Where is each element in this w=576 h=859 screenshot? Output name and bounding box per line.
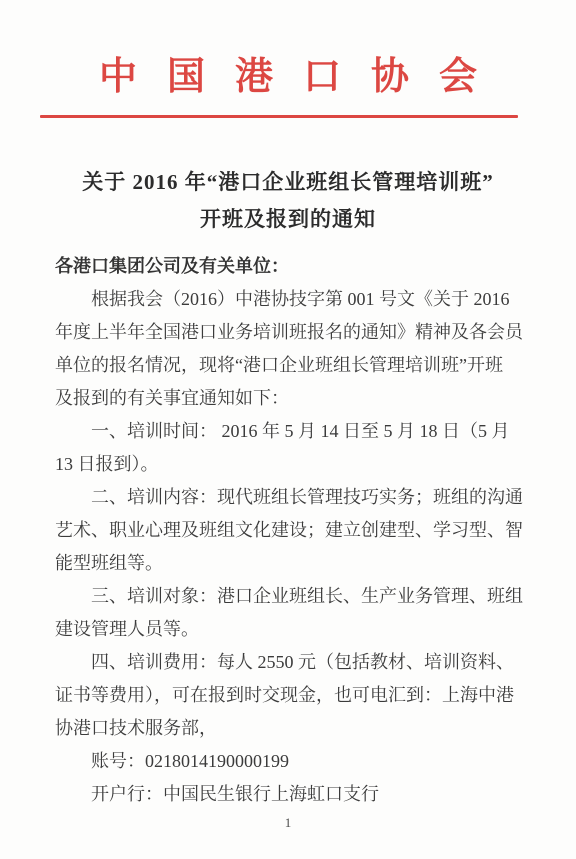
body-line: 艺术、职业心理及班组文化建设；建立创建型、学习型、智 (55, 514, 526, 547)
doc-body: 根据我会（2016）中港协技字第 001 号文《关于 2016年度上半年全国港口… (55, 283, 526, 811)
body-line: 根据我会（2016）中港协技字第 001 号文《关于 2016 (55, 283, 526, 316)
body-line: 三、培训对象：港口企业班组长、生产业务管理、班组 (55, 580, 526, 613)
header-divider-rule (40, 115, 518, 118)
document-page: 中国港口协会 关于 2016 年“港口企业班组长管理培训班” 开班及报到的通知 … (0, 0, 576, 859)
salutation: 各港口集团公司及有关单位： (55, 250, 521, 283)
doc-title-line1: 关于 2016 年“港口企业班组长管理培训班” (0, 164, 576, 201)
body-line: 协港口技术服务部， (55, 712, 526, 745)
doc-title: 关于 2016 年“港口企业班组长管理培训班” 开班及报到的通知 (0, 164, 576, 238)
doc-title-line2: 开班及报到的通知 (0, 201, 576, 238)
body-line: 一、培训时间： 2016 年 5 月 14 日至 5 月 18 日（5 月 (55, 415, 526, 448)
org-name-header: 中国港口协会 (0, 0, 576, 101)
body-line: 四、培训费用：每人 2550 元（包括教材、培训资料、 (55, 646, 526, 679)
body-line: 二、培训内容：现代班组长管理技巧实务；班组的沟通 (55, 481, 526, 514)
body-line: 年度上半年全国港口业务培训班报名的通知》精神及各会员 (55, 316, 526, 349)
page-number: 1 (0, 815, 576, 831)
body-line: 13 日报到）。 (55, 448, 526, 481)
body-line: 账号：0218014190000199 (55, 745, 526, 778)
body-line: 开户行：中国民生银行上海虹口支行 (55, 778, 526, 811)
body-line: 单位的报名情况，现将“港口企业班组长管理培训班”开班 (55, 349, 526, 382)
body-line: 证书等费用），可在报到时交现金，也可电汇到：上海中港 (55, 679, 526, 712)
body-line: 能型班组等。 (55, 547, 526, 580)
body-line: 建设管理人员等。 (55, 613, 526, 646)
body-line: 及报到的有关事宜通知如下： (55, 382, 526, 415)
